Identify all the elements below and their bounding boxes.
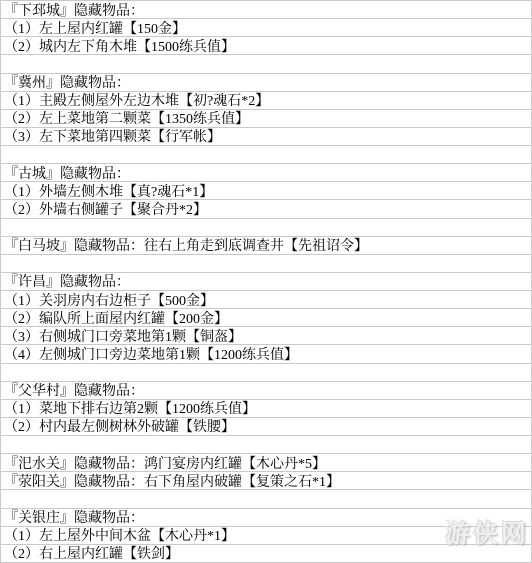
section-title-row: 『关银庄』隐藏物品： xyxy=(0,508,532,527)
spacer-row xyxy=(0,254,532,273)
item-row: （2）城内左下角木堆【1500练兵值】 xyxy=(0,36,532,55)
section-title-row: 『白马坡』隐藏物品：往右上角走到底调查井【先祖诏令】 xyxy=(0,236,532,255)
item-row: （2）编队所上面屋内红罐【200金】 xyxy=(0,308,532,327)
item-row: （2）村内最左侧树林外破罐【铁腰】 xyxy=(0,417,532,436)
section-title-row: 『古城』隐藏物品： xyxy=(0,163,532,182)
spacer-row xyxy=(0,435,532,454)
item-row: （1）左上屋内红罐【150金】 xyxy=(0,18,532,37)
spacer-row xyxy=(0,218,532,237)
item-row: （3）右侧城门口旁菜地第1颗【铜盔】 xyxy=(0,326,532,345)
guide-row-list: 『下邳城』隐藏物品： （1）左上屋内红罐【150金】 （2）城内左下角木堆【15… xyxy=(0,0,532,563)
section-title-row: 『荥阳关』隐藏物品：右下角屋内破罐【复策之石*1】 xyxy=(0,471,532,490)
spacer-row xyxy=(0,489,532,508)
item-row: （1）主殿左侧屋外左边木堆【初?魂石*2】 xyxy=(0,91,532,110)
spacer-row xyxy=(0,145,532,164)
section-title-row: 『冀州』隐藏物品： xyxy=(0,73,532,92)
section-title-row: 『下邳城』隐藏物品： xyxy=(0,0,532,19)
guide-page: 『下邳城』隐藏物品： （1）左上屋内红罐【150金】 （2）城内左下角木堆【15… xyxy=(0,0,532,563)
item-row: （2）右上屋内红罐【铁剑】 xyxy=(0,544,532,563)
item-row: （4）左侧城门口旁边菜地第1颗【1200练兵值】 xyxy=(0,344,532,363)
spacer-row xyxy=(0,363,532,382)
item-row: （1）左上屋外中间木盆【木心丹*1】 xyxy=(0,526,532,545)
spacer-row xyxy=(0,54,532,73)
item-row: （1）外墙左侧木堆【真?魂石*1】 xyxy=(0,181,532,200)
section-title-row: 『许昌』隐藏物品： xyxy=(0,272,532,291)
item-row: （3）左下菜地第四颗菜【行军帐】 xyxy=(0,127,532,146)
item-row: （1）菜地下排右边第2颗【1200练兵值】 xyxy=(0,399,532,418)
section-title-row: 『汜水关』隐藏物品：鸿门宴房内红罐【木心丹*5】 xyxy=(0,453,532,472)
section-title-row: 『父华村』隐藏物品： xyxy=(0,381,532,400)
item-row: （2）外墙右侧罐子【聚合丹*2】 xyxy=(0,199,532,218)
item-row: （1）关羽房内右边柜子【500金】 xyxy=(0,290,532,309)
item-row: （2）左上菜地第二颗菜【1350练兵值】 xyxy=(0,109,532,128)
